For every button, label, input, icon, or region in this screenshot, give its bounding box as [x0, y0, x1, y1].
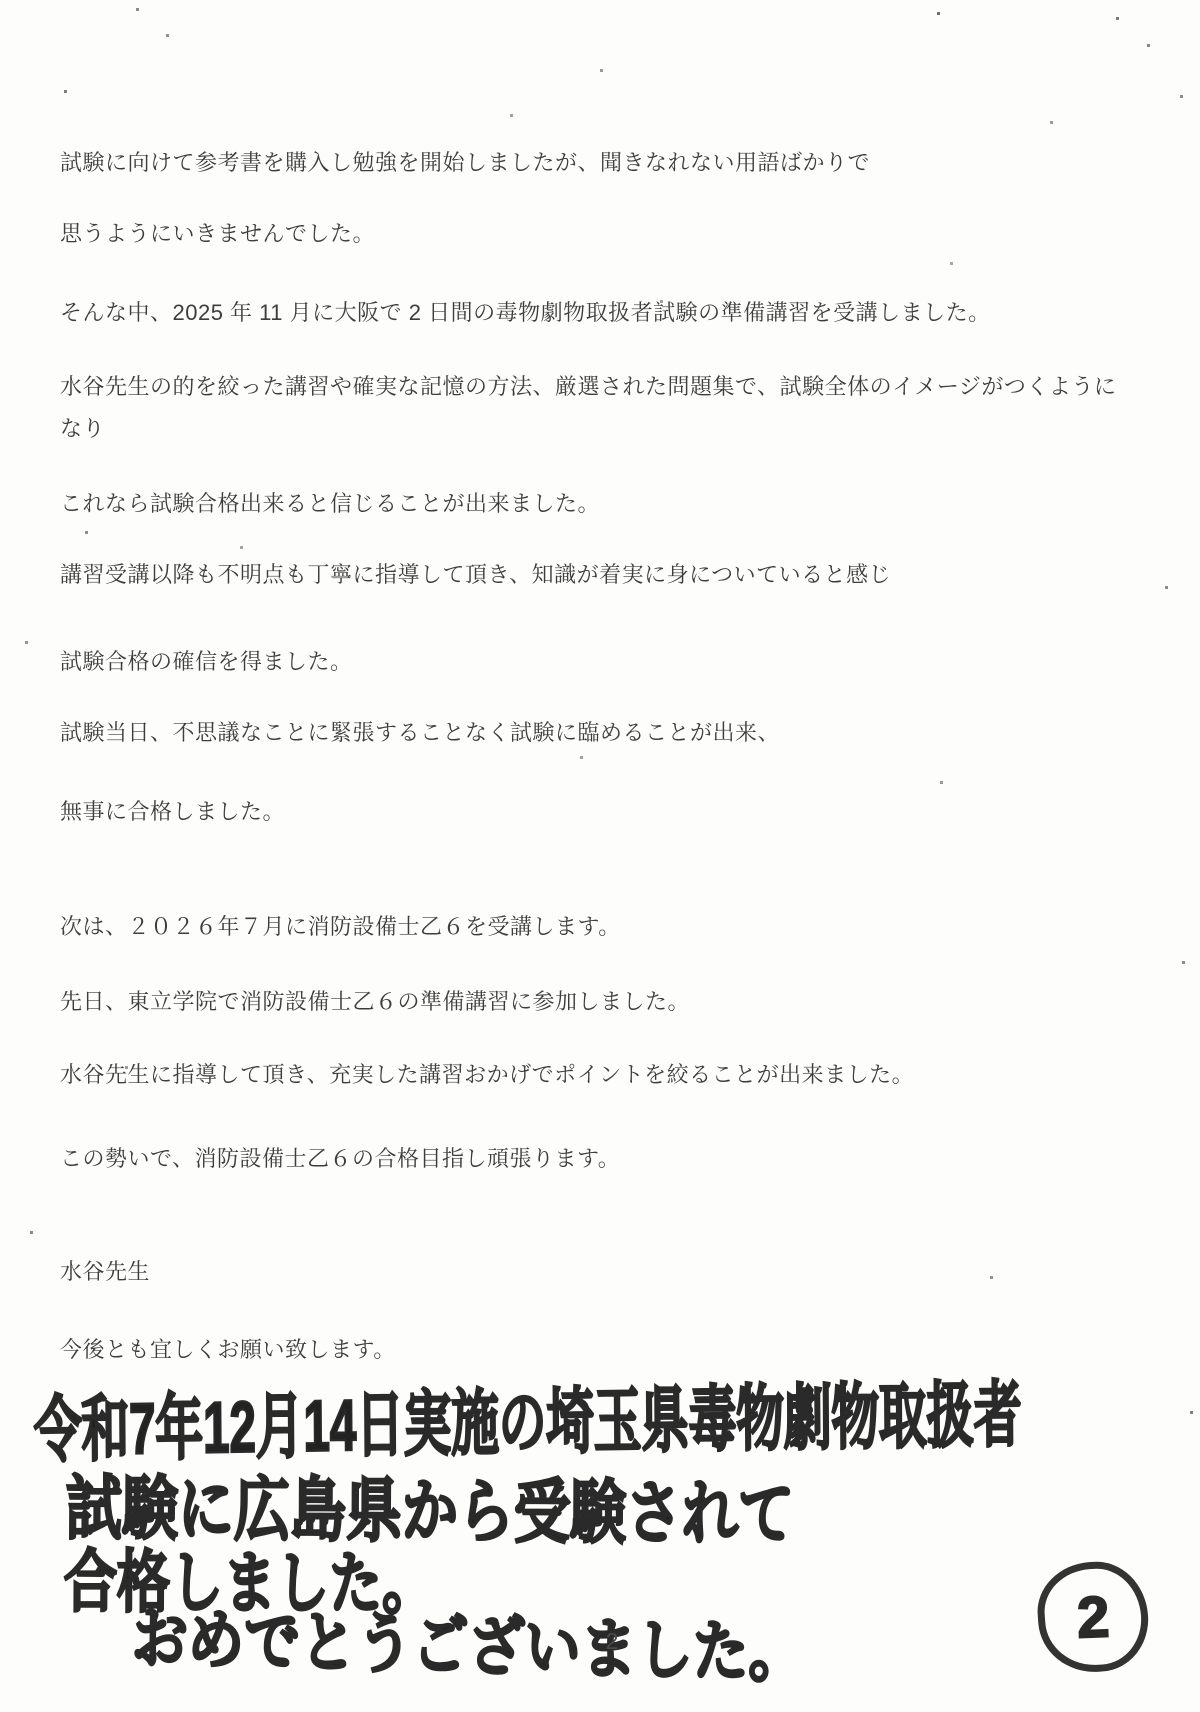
handwritten-circled-page-number: 2 — [1034, 1558, 1151, 1675]
typed-line: そんな中、2025 年 11 月に大阪で 2 日間の毒物劇物取扱者試験の準備講習… — [60, 296, 991, 327]
page-number: 2 — [582, 1628, 642, 1655]
typed-line: 試験当日、不思議なことに緊張することなく試験に臨めることが出来、 — [60, 716, 780, 747]
typed-closing: 今後とも宜しくお願い致します。 — [60, 1333, 396, 1364]
typed-line: 無事に合格しました。 — [60, 795, 285, 826]
typed-line: これなら試験合格出来ると信じることが出来ました。 — [60, 487, 600, 518]
typed-line: 次は、２０２６年７月に消防設備士乙６を受講します。 — [60, 910, 621, 941]
typed-line: 試験合格の確信を得ました。 — [60, 645, 353, 676]
typed-line: この勢いで、消防設備士乙６の合格目指し頑張ります。 — [60, 1142, 620, 1173]
typed-salutation: 水谷先生 — [60, 1255, 150, 1286]
handwritten-line: おめでとうございました。 — [131, 1585, 806, 1695]
typed-line: 講習受講以降も不明点も丁寧に指導して頂き、知識が着実に身についていると感じ — [60, 558, 891, 589]
typed-line: 思うようにいきませんでした。 — [60, 217, 375, 248]
typed-line: 水谷先生に指導して頂き、充実した講習おかげでポイントを絞ることが出来ました。 — [60, 1058, 914, 1089]
typed-line: 水谷先生の的を絞った講習や確実な記憶の方法、厳選された問題集で、試験全体のイメー… — [60, 370, 1116, 401]
scanned-letter-page: 試験に向けて参考書を購入し勉強を開始しましたが、聞きなれない用語ばかりで 思うよ… — [0, 0, 1200, 1712]
typed-line: 先日、東立学院で消防設備士乙６の準備講習に参加しました。 — [60, 985, 690, 1016]
typed-line: なり — [60, 412, 105, 443]
scan-noise-specks — [0, 0, 3, 3]
circled-number-text: 2 — [1076, 1583, 1111, 1651]
typed-line: 試験に向けて参考書を購入し勉強を開始しましたが、聞きなれない用語ばかりで — [60, 146, 870, 177]
